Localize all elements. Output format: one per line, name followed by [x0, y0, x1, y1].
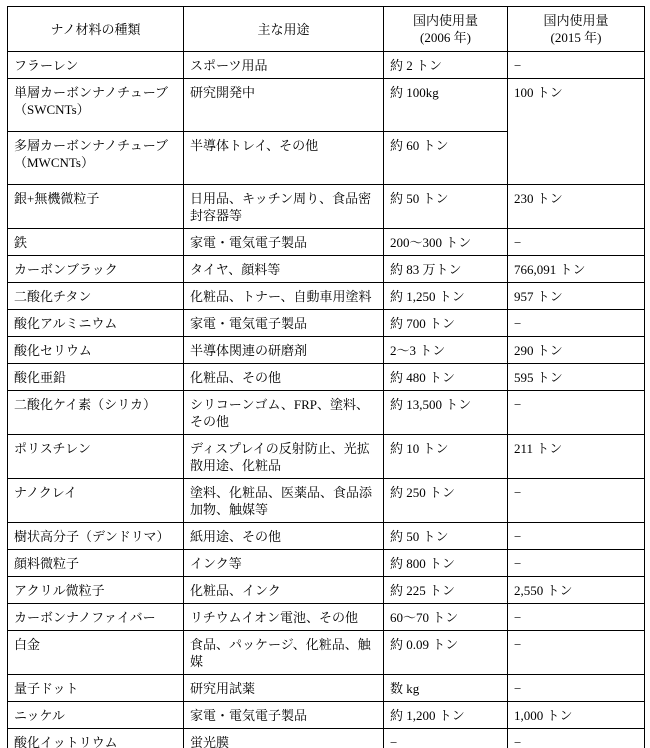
material-name-cell: 酸化亜鉛 — [8, 364, 184, 391]
main-use-cell: リチウムイオン電池、その他 — [184, 604, 384, 631]
usage-2006-cell: 2〜3 トン — [384, 337, 508, 364]
usage-2006-cell: 約 700 トン — [384, 310, 508, 337]
material-name-cell: 酸化アルミニウム — [8, 310, 184, 337]
material-name-cell: 銀+無機微粒子 — [8, 185, 184, 229]
table-row: 酸化セリウム半導体関連の研磨剤2〜3 トン290 トン — [8, 337, 645, 364]
table-row: ポリスチレンディスプレイの反射防止、光拡散用途、化粧品約 10 トン211 トン — [8, 435, 645, 479]
usage-2006-cell: 200〜300 トン — [384, 229, 508, 256]
material-name-cell: カーボンナノファイバー — [8, 604, 184, 631]
table-row: 二酸化チタン化粧品、トナー、自動車用塗料約 1,250 トン957 トン — [8, 283, 645, 310]
usage-2015-cell: 595 トン — [508, 364, 645, 391]
usage-2015-cell: 211 トン — [508, 435, 645, 479]
usage-2015-cell: − — [508, 631, 645, 675]
usage-2006-cell: 約 50 トン — [384, 185, 508, 229]
material-name-cell: 樹状高分子（デンドリマ） — [8, 523, 184, 550]
table-row: カーボンブラックタイヤ、顔料等約 83 万トン766,091 トン — [8, 256, 645, 283]
main-use-cell: 日用品、キッチン周り、食品密封容器等 — [184, 185, 384, 229]
main-use-cell: タイヤ、顔料等 — [184, 256, 384, 283]
usage-2006-cell: 約 0.09 トン — [384, 631, 508, 675]
main-use-cell: シリコーンゴム、FRP、塗料、その他 — [184, 391, 384, 435]
usage-2015-cell: − — [508, 52, 645, 79]
usage-2006-cell: 約 100kg — [384, 79, 508, 132]
material-name-cell: 単層カーボンナノチューブ（SWCNTs） — [8, 79, 184, 132]
material-name-cell: 多層カーボンナノチューブ（MWCNTs） — [8, 132, 184, 185]
page: ナノ材料の種類 主な用途 国内使用量 (2006 年) 国内使用量 (2015 … — [0, 0, 650, 748]
usage-2015-cell: − — [508, 550, 645, 577]
material-name-cell: 鉄 — [8, 229, 184, 256]
table-row: アクリル微粒子化粧品、インク約 225 トン2,550 トン — [8, 577, 645, 604]
material-name-cell: フラーレン — [8, 52, 184, 79]
material-name-cell: ポリスチレン — [8, 435, 184, 479]
table-body: フラーレンスポーツ用品約 2 トン−単層カーボンナノチューブ（SWCNTs）研究… — [8, 52, 645, 748]
main-use-cell: 塗料、化粧品、医薬品、食品添加物、触媒等 — [184, 479, 384, 523]
column-header-usage-2015: 国内使用量 (2015 年) — [508, 7, 645, 52]
usage-2006-cell: 約 60 トン — [384, 132, 508, 185]
table-row: フラーレンスポーツ用品約 2 トン− — [8, 52, 645, 79]
table-row: 酸化亜鉛化粧品、その他約 480 トン595 トン — [8, 364, 645, 391]
usage-2006-cell: 約 1,250 トン — [384, 283, 508, 310]
table-row: 単層カーボンナノチューブ（SWCNTs）研究開発中約 100kg100 トン — [8, 79, 645, 132]
main-use-cell: 化粧品、トナー、自動車用塗料 — [184, 283, 384, 310]
main-use-cell: インク等 — [184, 550, 384, 577]
usage-2006-cell: 数 kg — [384, 675, 508, 702]
header-row: ナノ材料の種類 主な用途 国内使用量 (2006 年) 国内使用量 (2015 … — [8, 7, 645, 52]
usage-2015-cell: 2,550 トン — [508, 577, 645, 604]
table-row: 白金食品、パッケージ、化粧品、触媒約 0.09 トン− — [8, 631, 645, 675]
table-row: 銀+無機微粒子日用品、キッチン周り、食品密封容器等約 50 トン230 トン — [8, 185, 645, 229]
main-use-cell: 家電・電気電子製品 — [184, 702, 384, 729]
usage-2015-cell: 290 トン — [508, 337, 645, 364]
usage-2015-cell: 100 トン — [508, 79, 645, 185]
usage-2006-cell: 約 10 トン — [384, 435, 508, 479]
table-row: 二酸化ケイ素（シリカ）シリコーンゴム、FRP、塗料、その他約 13,500 トン… — [8, 391, 645, 435]
usage-2006-cell: 約 225 トン — [384, 577, 508, 604]
usage-2015-cell: − — [508, 479, 645, 523]
table-row: 酸化イットリウム蛍光膜−− — [8, 729, 645, 748]
usage-2015-cell: − — [508, 523, 645, 550]
usage-2006-cell: 約 480 トン — [384, 364, 508, 391]
main-use-cell: 研究用試薬 — [184, 675, 384, 702]
main-use-cell: 食品、パッケージ、化粧品、触媒 — [184, 631, 384, 675]
material-name-cell: 二酸化チタン — [8, 283, 184, 310]
main-use-cell: 家電・電気電子製品 — [184, 310, 384, 337]
material-name-cell: 顔料微粒子 — [8, 550, 184, 577]
table-row: 顔料微粒子インク等約 800 トン− — [8, 550, 645, 577]
main-use-cell: 蛍光膜 — [184, 729, 384, 748]
usage-2015-cell: − — [508, 604, 645, 631]
usage-2006-cell: 約 250 トン — [384, 479, 508, 523]
usage-2006-cell: 約 1,200 トン — [384, 702, 508, 729]
table-row: 樹状高分子（デンドリマ）紙用途、その他約 50 トン− — [8, 523, 645, 550]
usage-2006-cell: − — [384, 729, 508, 748]
column-header-main-use: 主な用途 — [184, 7, 384, 52]
table-row: 量子ドット研究用試薬数 kg− — [8, 675, 645, 702]
usage-2006-cell: 約 13,500 トン — [384, 391, 508, 435]
main-use-cell: ディスプレイの反射防止、光拡散用途、化粧品 — [184, 435, 384, 479]
material-name-cell: カーボンブラック — [8, 256, 184, 283]
table-row: ニッケル家電・電気電子製品約 1,200 トン1,000 トン — [8, 702, 645, 729]
usage-2015-cell: 957 トン — [508, 283, 645, 310]
usage-2006-cell: 約 50 トン — [384, 523, 508, 550]
material-name-cell: アクリル微粒子 — [8, 577, 184, 604]
table-header: ナノ材料の種類 主な用途 国内使用量 (2006 年) 国内使用量 (2015 … — [8, 7, 645, 52]
usage-2015-cell: 230 トン — [508, 185, 645, 229]
usage-2015-cell: 1,000 トン — [508, 702, 645, 729]
usage-2015-cell: − — [508, 310, 645, 337]
column-header-usage-2006: 国内使用量 (2006 年) — [384, 7, 508, 52]
table-row: ナノクレイ塗料、化粧品、医薬品、食品添加物、触媒等約 250 トン− — [8, 479, 645, 523]
main-use-cell: 紙用途、その他 — [184, 523, 384, 550]
usage-2015-cell: − — [508, 229, 645, 256]
usage-2006-cell: 約 83 万トン — [384, 256, 508, 283]
material-name-cell: ニッケル — [8, 702, 184, 729]
usage-2006-cell: 約 2 トン — [384, 52, 508, 79]
material-name-cell: 酸化イットリウム — [8, 729, 184, 748]
table-row: カーボンナノファイバーリチウムイオン電池、その他60〜70 トン− — [8, 604, 645, 631]
material-name-cell: 量子ドット — [8, 675, 184, 702]
material-name-cell: 白金 — [8, 631, 184, 675]
column-header-material-type: ナノ材料の種類 — [8, 7, 184, 52]
main-use-cell: 化粧品、その他 — [184, 364, 384, 391]
main-use-cell: 化粧品、インク — [184, 577, 384, 604]
main-use-cell: 半導体トレイ、その他 — [184, 132, 384, 185]
usage-2015-cell: 766,091 トン — [508, 256, 645, 283]
table-row: 鉄家電・電気電子製品200〜300 トン− — [8, 229, 645, 256]
usage-2006-cell: 約 800 トン — [384, 550, 508, 577]
main-use-cell: 家電・電気電子製品 — [184, 229, 384, 256]
usage-2006-cell: 60〜70 トン — [384, 604, 508, 631]
material-name-cell: ナノクレイ — [8, 479, 184, 523]
main-use-cell: 研究開発中 — [184, 79, 384, 132]
nanomaterials-table: ナノ材料の種類 主な用途 国内使用量 (2006 年) 国内使用量 (2015 … — [7, 6, 645, 748]
material-name-cell: 二酸化ケイ素（シリカ） — [8, 391, 184, 435]
usage-2015-cell: − — [508, 729, 645, 748]
table-row: 酸化アルミニウム家電・電気電子製品約 700 トン− — [8, 310, 645, 337]
usage-2015-cell: − — [508, 391, 645, 435]
material-name-cell: 酸化セリウム — [8, 337, 184, 364]
usage-2015-cell: − — [508, 675, 645, 702]
main-use-cell: スポーツ用品 — [184, 52, 384, 79]
main-use-cell: 半導体関連の研磨剤 — [184, 337, 384, 364]
